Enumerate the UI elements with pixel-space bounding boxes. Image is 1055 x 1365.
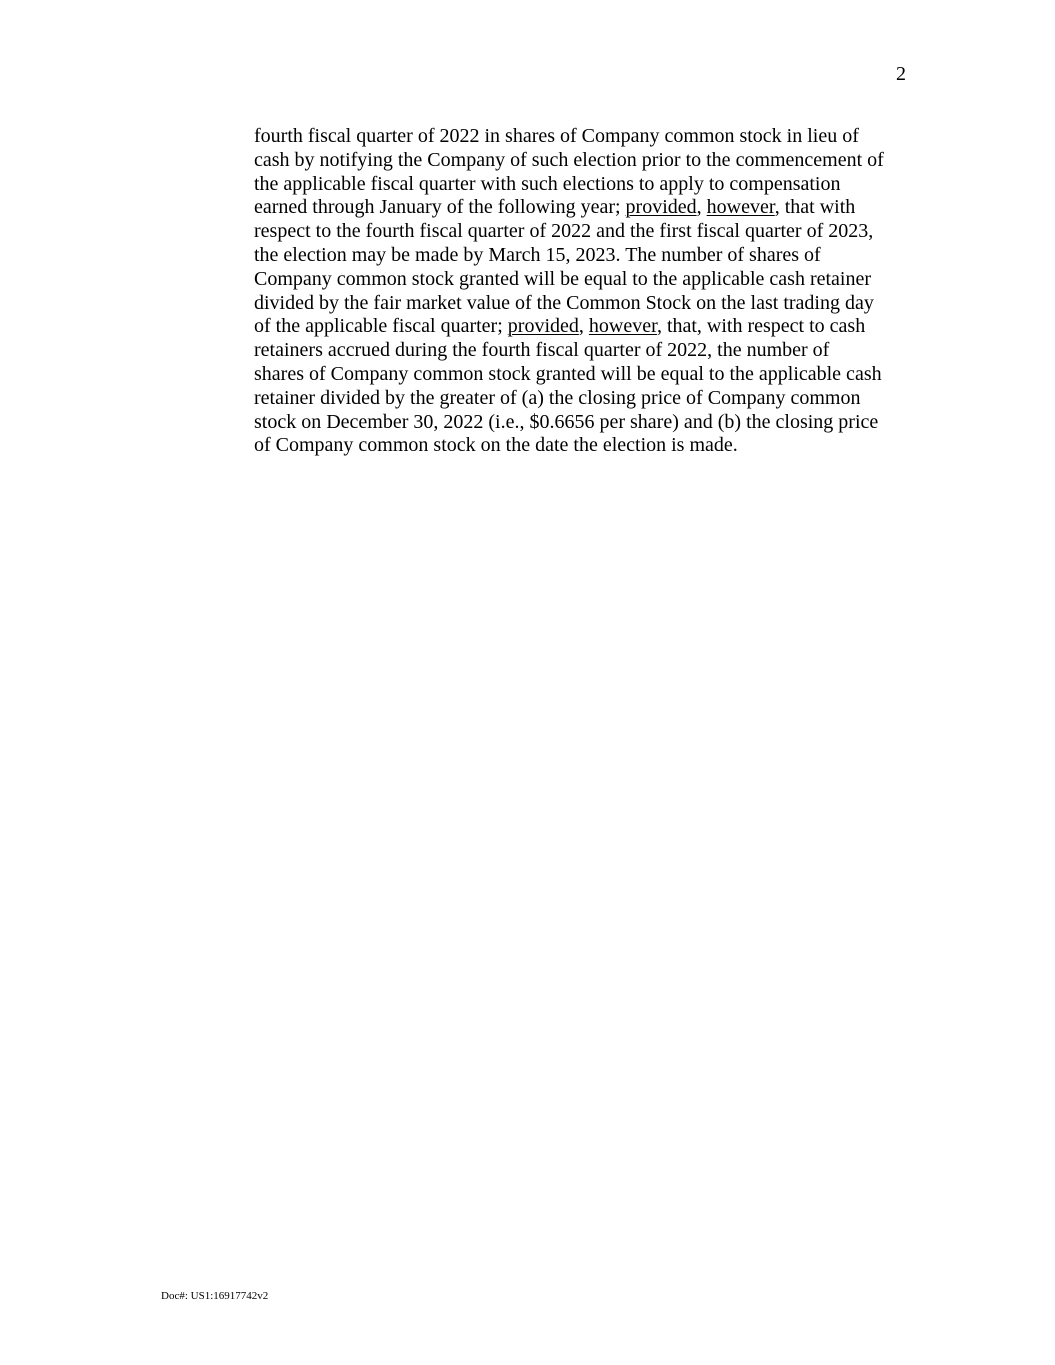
text-segment: , that, with respect to cash	[657, 315, 865, 337]
text-line: the election may be made by March 15, 20…	[254, 244, 914, 268]
underlined-term-provided: provided	[508, 315, 579, 337]
text-line: stock on December 30, 2022 (i.e., $0.665…	[254, 411, 914, 435]
underlined-term-provided: provided	[626, 196, 697, 218]
text-line: of Company common stock on the date the …	[254, 434, 914, 458]
text-line: of the applicable fiscal quarter; provid…	[254, 315, 914, 339]
text-line: Company common stock granted will be equ…	[254, 268, 914, 292]
footer-doc-id: Doc#: US1:16917742v2	[161, 1290, 268, 1303]
text-segment: earned through January of the following …	[254, 196, 626, 218]
text-segment: , that with	[775, 196, 856, 218]
text-line: retainer divided by the greater of (a) t…	[254, 387, 914, 411]
underlined-term-however: however	[707, 196, 775, 218]
text-line: fourth fiscal quarter of 2022 in shares …	[254, 125, 914, 149]
text-line: divided by the fair market value of the …	[254, 292, 914, 316]
text-line: shares of Company common stock granted w…	[254, 363, 914, 387]
text-segment: ,	[697, 196, 707, 218]
text-segment: ,	[579, 315, 589, 337]
page-number: 2	[880, 62, 906, 86]
text-segment: of the applicable fiscal quarter;	[254, 315, 508, 337]
text-line: respect to the fourth fiscal quarter of …	[254, 220, 914, 244]
text-line: earned through January of the following …	[254, 196, 914, 220]
text-line: the applicable fiscal quarter with such …	[254, 173, 914, 197]
text-line: retainers accrued during the fourth fisc…	[254, 339, 914, 363]
underlined-term-however: however	[589, 315, 657, 337]
body-paragraph: fourth fiscal quarter of 2022 in shares …	[254, 125, 914, 458]
text-line: cash by notifying the Company of such el…	[254, 149, 914, 173]
